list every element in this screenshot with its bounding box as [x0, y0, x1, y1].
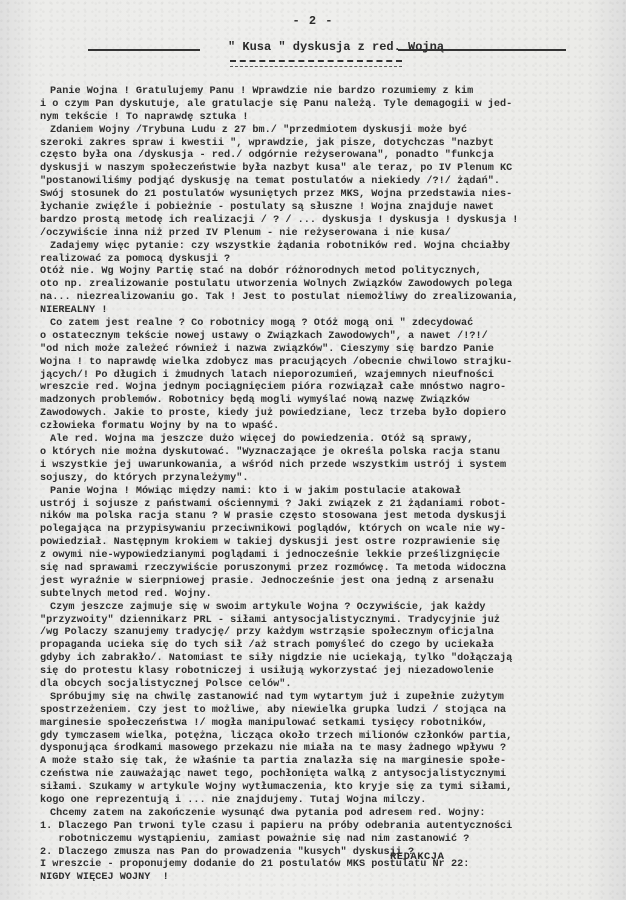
text-line: 1. Dlaczego Pan trwoni tyle czasu i papi…: [40, 821, 625, 834]
text-line: Swój stosunek do 21 postulatów wysunięty…: [40, 189, 625, 202]
text-line: NIEREALNY !: [40, 305, 625, 318]
text-line: Otóż nie. Wg Wojny Partię stać na dobór …: [40, 266, 625, 279]
text-line: madzonych problemów. Robotnicy będą mogl…: [40, 395, 625, 408]
text-line: Zadajemy więc pytanie: czy wszystkie żąd…: [40, 241, 625, 254]
text-line: siłami. Szukamy w artykule Wojny wytłuma…: [40, 782, 625, 795]
text-line: jest wyraźnie w sierpniowej prasie. Jedn…: [40, 576, 625, 589]
text-line: gdy tymczasem wielka, potężna, licząca o…: [40, 731, 625, 744]
text-line: oto np. zrealizowanie postulatu utworzen…: [40, 279, 625, 292]
text-line: Zdaniem Wojny /Trybuna Ludu z 27 bm./ "p…: [40, 125, 625, 138]
text-line: o ostatecznym tekście nowej ustawy o Zwi…: [40, 331, 625, 344]
text-line: propaganda ucieka się do tych sił /aż st…: [40, 640, 625, 653]
text-line: z owymi nie-wypowiedzianymi poglądami i …: [40, 550, 625, 563]
text-line: I wreszcie - proponujemy dodanie do 21 p…: [40, 859, 625, 872]
text-line: A może stało się tak, że właśnie ta part…: [40, 756, 625, 769]
text-line: Spróbujmy się na chwilę zastanowić nad t…: [40, 692, 625, 705]
text-line: Panie Wojna ! Gratulujemy Panu ! Wprawdz…: [40, 86, 625, 99]
text-line: jących/! Po długich i żmudnych latach ni…: [40, 370, 625, 383]
text-line: /oczywiście inna niż przed IV Plenum - n…: [40, 228, 625, 241]
signature: REDAKCJA: [390, 851, 444, 863]
text-line: na... niezrealizowaniu go. Tak ! Jest to…: [40, 292, 625, 305]
text-line: i wszystkie jej uwarunkowania, a wśród n…: [40, 460, 625, 473]
typewritten-page: - 2 - " Kusa " dyskusja z red. Wojną Pan…: [0, 0, 626, 900]
text-line: bardzo prostą metodę ich realizacji / ? …: [40, 215, 625, 228]
text-line: dyskusji w naszym społeczeństwie była na…: [40, 163, 625, 176]
title-rule-right: [398, 49, 566, 51]
text-line: "postanowiliśmy podjąć dyskusję na temat…: [40, 176, 625, 189]
text-line: NIGDY WIĘCEJ WOJNY !: [40, 872, 625, 885]
text-line: Co zatem jest realne ? Co robotnicy mogą…: [40, 318, 625, 331]
text-line: powiedział. Następnym krokiem w takiej d…: [40, 537, 625, 550]
title-rule-left: [88, 49, 200, 51]
text-line: realizować za pomocą dyskusji ?: [40, 254, 625, 267]
text-line: "przyzwoity" dziennikarz PRL - siłami an…: [40, 615, 625, 628]
text-line: wreszcie red. Wojna jednym pociągnięciem…: [40, 382, 625, 395]
title-underline: [230, 60, 402, 67]
text-line: /wg Polaczy szanujemy tradycję/ przy każ…: [40, 627, 625, 640]
text-line: się do protestu klasy robotniczej i usił…: [40, 666, 625, 679]
page-number: - 2 -: [0, 14, 626, 28]
text-line: człowieka formatu Wojny by na to wpaść.: [40, 421, 625, 434]
text-line: szeroki zakres spraw i kwestii ", wprawd…: [40, 138, 625, 151]
text-line: ustrój i sojusze z państwami ościennymi …: [40, 499, 625, 512]
text-line: czeństwa nie zauważając nawet tego, poch…: [40, 769, 625, 782]
article-title: " Kusa " dyskusja z red. Wojną: [228, 40, 444, 54]
text-line: łychanie zwięźle i pobieżnie - postulaty…: [40, 202, 625, 215]
text-line: sojuszy, do których przynależymy".: [40, 473, 625, 486]
text-line: dla obcych socjalistycznej Polsce celów"…: [40, 679, 625, 692]
text-line: Ale red. Wojna ma jeszcze dużo więcej do…: [40, 434, 625, 447]
article-body: Panie Wojna ! Gratulujemy Panu ! Wprawdz…: [40, 86, 625, 885]
text-line: dysponująca środkami masowego przekazu n…: [40, 743, 625, 756]
text-line: Zawodowych. Jakie to proste, kiedy już p…: [40, 408, 625, 421]
text-line: polegająca na przypisywaniu przeciwnikow…: [40, 524, 625, 537]
text-line: o których nie można dyskutować. "Wyznacz…: [40, 447, 625, 460]
text-line: ników ma polska racja stanu ? W prasie c…: [40, 511, 625, 524]
text-line: marginesie społeczeństwa !/ mogła manipu…: [40, 718, 625, 731]
article-title-row: " Kusa " dyskusja z red. Wojną: [88, 40, 588, 60]
text-line: Czym jeszcze zajmuje się w swoim artykul…: [40, 602, 625, 615]
text-line: Wojna ! to naprawdę wielka zdobycz mas p…: [40, 357, 625, 370]
text-line: 2. Dlaczego zmusza nas Pan do prowadzeni…: [40, 847, 625, 860]
text-line: i o czym Pan dyskutuje, ale gratulacje s…: [40, 99, 625, 112]
text-line: często była ona /dyskusja - red./ odgórn…: [40, 150, 625, 163]
text-line: "od nich może zależeć również i nazwa zw…: [40, 344, 625, 357]
text-line: spostrzeżeniem. Czy jest to możliwe, aby…: [40, 705, 625, 718]
text-line: Panie Wojna ! Mówiąc między nami: kto i …: [40, 486, 625, 499]
text-line: nym tekście ! To naprawdę sztuka !: [40, 112, 625, 125]
text-line: się nad sprawami rzeczywiście poruszonym…: [40, 563, 625, 576]
text-line: robotniczemu wystąpieniu, zamiast poważn…: [40, 834, 625, 847]
text-line: subtelnych metod red. Wojny.: [40, 589, 625, 602]
text-line: gdyby ich zabrakło/. Natomiast te siły n…: [40, 653, 625, 666]
text-line: Chcemy zatem na zakończenie wysunąć dwa …: [40, 808, 625, 821]
text-line: kogo one reprezentują i ... nie znajduje…: [40, 795, 625, 808]
